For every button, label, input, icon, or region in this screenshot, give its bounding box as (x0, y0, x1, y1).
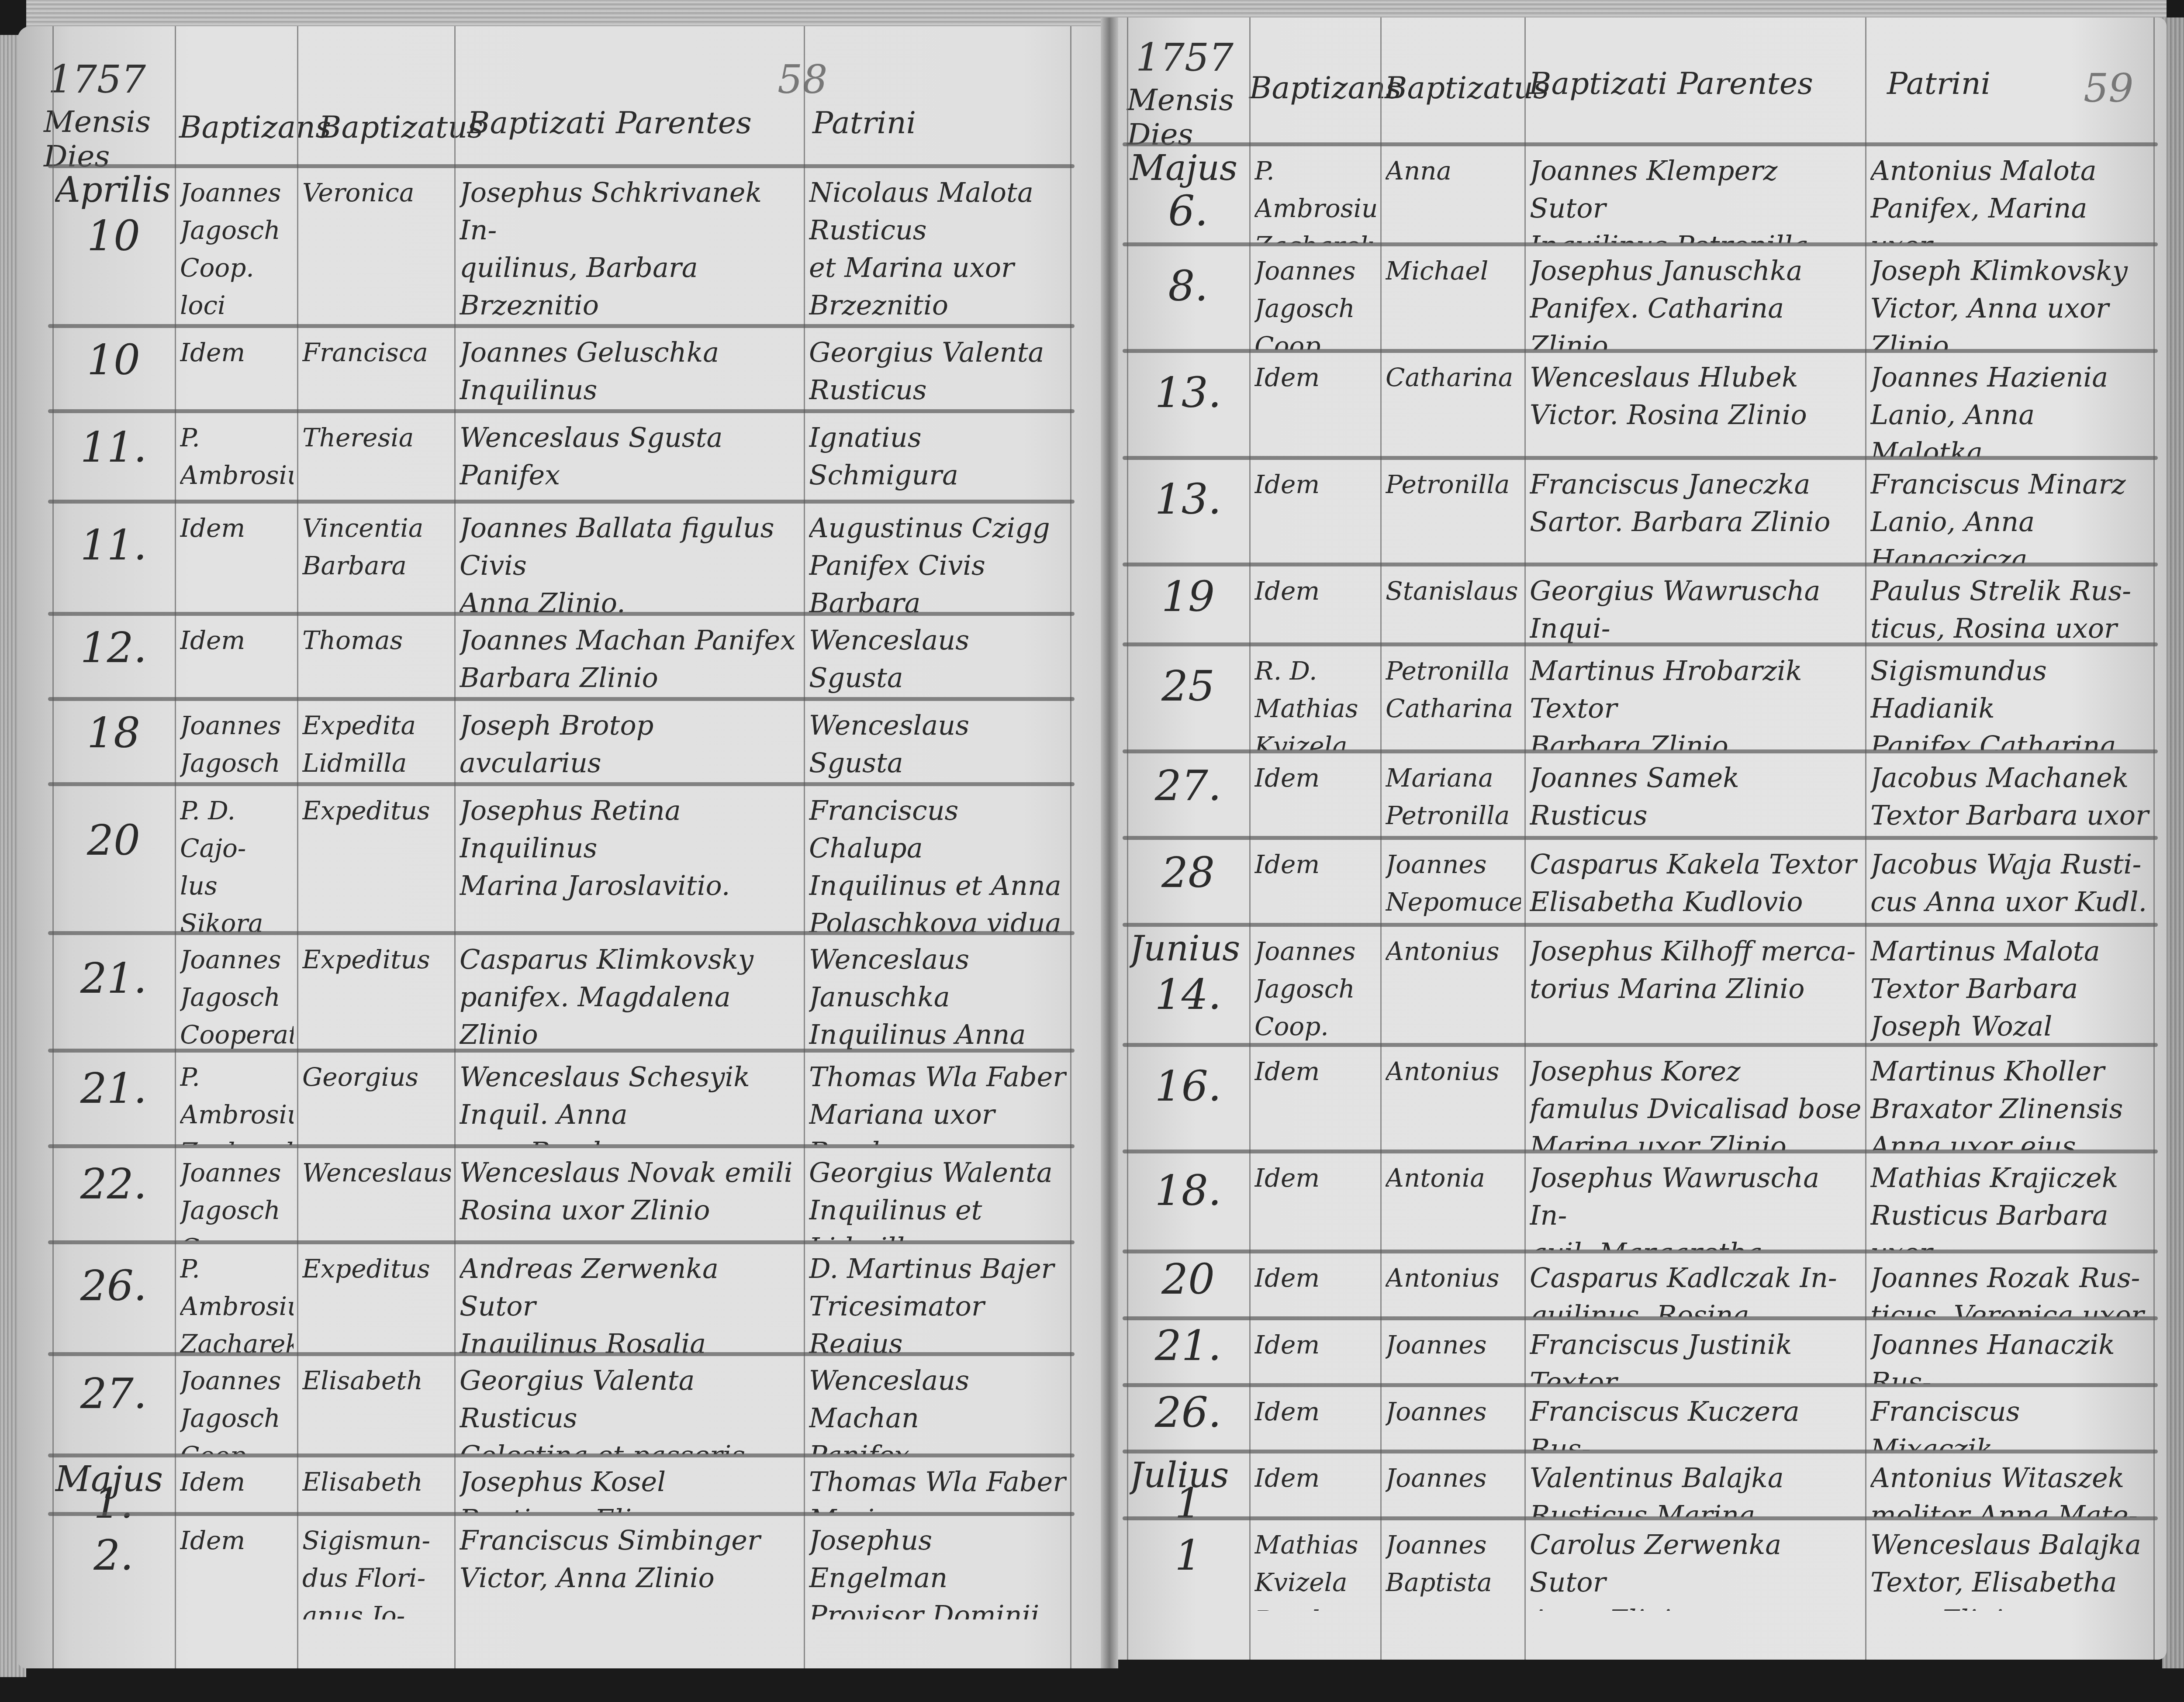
entry-baptizatus: Expeditus (302, 941, 451, 1049)
register-entry: 21.Joannes Jagosch CooperatorExpeditusCa… (17, 933, 1109, 1050)
entry-day: 1 (1130, 1533, 1247, 1577)
register-entry: 20P. D. Cajo- lus Sikora Curat. Zlin.Exp… (17, 784, 1109, 933)
entry-day: 13. (1130, 477, 1247, 521)
entry-parentes: Georgius Wawruscha Inqui- linus, Cathari… (1530, 572, 1862, 643)
register-entry: 21.P. Ambrosius Zacharek, Franciscanus.G… (17, 1050, 1109, 1146)
entry-baptizans: R. D. Mathias Kvizela Pres- byter Zliniu… (1254, 652, 1377, 750)
register-entry: 18Joannes Jagosch Coop. lociExpedita Lid… (17, 699, 1109, 784)
entry-day: 25 (1130, 664, 1247, 708)
row-divider (48, 782, 1075, 786)
row-divider (1123, 749, 2158, 753)
entry-baptizans: Idem (1254, 466, 1377, 563)
entry-baptizans: P. Ambrosius Zacharek Franciscanus (1254, 152, 1377, 243)
entry-baptizatus: Veronica (302, 174, 451, 325)
row-divider (48, 1512, 1075, 1516)
column-rule (52, 26, 54, 1668)
entry-baptizans: Idem (1254, 846, 1377, 924)
book-gutter (1101, 17, 1118, 1668)
column-rule (297, 26, 298, 1668)
entry-baptizatus: Antonius (1386, 932, 1521, 1044)
row-divider (48, 1240, 1075, 1244)
entry-patrini: Augustinus Czigg Panifex Civis Barbara u… (809, 509, 1067, 612)
entry-baptizans: Joannes Jagosch Coop. loci (180, 174, 294, 325)
entry-baptizatus: Joannes (1386, 1326, 1521, 1384)
header-baptizans: Baptizans (1249, 70, 1401, 106)
entry-baptizatus: Antonius (1386, 1259, 1521, 1317)
entry-day: 11. (55, 425, 172, 469)
entry-baptizans: Joannes Jagosch Coop. loci (180, 707, 294, 783)
entry-patrini: Martinus Malota Textor Barbara Joseph Wo… (1870, 932, 2150, 1044)
entry-patrini: Nicolaus Malota Rusticus et Marina uxor … (809, 174, 1067, 325)
entry-day: 10 (55, 214, 172, 258)
entry-parentes: Valentinus Balajka Rusticus Marina Mazow… (1530, 1459, 1862, 1517)
entry-baptizans: P. Ambrosius Zacharek, Franciscanus. (180, 1058, 294, 1146)
register-entry: Majus1.IdemElisabethJosephus Kosel Rusti… (17, 1455, 1109, 1514)
entry-baptizans: Mathias Kvizela Presbyter Zlinius (1254, 1526, 1377, 1611)
year-label: 1757 (48, 57, 146, 102)
entry-patrini: Wenceslaus Balajka Textor, Elisabetha ux… (1870, 1526, 2150, 1611)
entry-baptizatus: Antonius (1386, 1053, 1521, 1150)
entry-baptizatus: Vincentia Barbara (302, 509, 451, 612)
entry-day: 19 (1130, 575, 1247, 618)
entry-patrini: Thomas Wla Faber Mariana uxor Brschna (809, 1058, 1067, 1146)
entry-day: 26. (55, 1264, 172, 1308)
entry-parentes: Joannes Ballata figulus Civis Anna Zlini… (460, 509, 800, 612)
entry-month: Aprilis (55, 170, 173, 210)
entry-baptizatus: Expeditus (302, 1250, 451, 1353)
entry-patrini: Franciscus Minarz Lanio, Anna Hanaczicza… (1870, 466, 2150, 563)
entry-patrini: Wenceslaus Sgusta panifex. Barbara Fran-… (809, 707, 1067, 783)
column-rule (1070, 26, 1071, 1668)
entry-parentes: Carolus Zerwenka Sutor Anna Zlinio (1530, 1526, 1862, 1611)
row-divider (48, 409, 1075, 413)
entry-parentes: Franciscus Kuczera Rus- ticus, Elisabeth… (1530, 1393, 1862, 1451)
entry-baptizans: Joannes Jagosch Cooperator (180, 941, 294, 1049)
entry-parentes: Casparus Kakela Textor Elisabetha Kudlov… (1530, 846, 1862, 924)
header-parentes: Baptizati Parentes (1529, 66, 1813, 101)
entry-baptizans: Joannes Jagosch Coop. (1254, 252, 1377, 350)
row-divider (1123, 1516, 2158, 1520)
entry-day: 6. (1130, 189, 1247, 233)
entry-parentes: Wenceslaus Sgusta Panifex Elisabetha Zli… (460, 419, 800, 501)
entry-baptizans: Idem (1254, 1393, 1377, 1451)
entry-parentes: Joannes Geluschka Inquilinus Veronica Ja… (460, 334, 800, 410)
entry-parentes: Josephus Korez famulus Dvicalisad bose M… (1530, 1053, 1862, 1150)
entry-day: 18. (1130, 1169, 1247, 1212)
entry-patrini: Wenceslaus Sgusta panifex Dorothea uxor … (809, 621, 1067, 698)
entry-day: 26. (1130, 1391, 1247, 1434)
column-rule (804, 26, 805, 1668)
entry-baptizatus: Joannes Baptista (1386, 1526, 1521, 1611)
entry-parentes: Martinus Hrobarzik Textor Barbara Zlinio (1530, 652, 1862, 750)
entry-baptizans: Joannes Jagosch Coop. (180, 1154, 294, 1241)
entry-day: 27. (55, 1372, 172, 1415)
entry-parentes: Josephus Wawruscha In- quil. Margaretha … (1530, 1159, 1862, 1250)
entry-baptizatus: Wenceslaus (302, 1154, 451, 1241)
entry-parentes: Casparus Kadlczak In- quilinus, Rosina B… (1530, 1259, 1862, 1317)
header-patrini: Patrini (1887, 66, 1990, 101)
entry-day: 20 (55, 818, 172, 862)
entry-baptizans: Idem (180, 509, 294, 612)
entry-parentes: Franciscus Simbinger Victor, Anna Zlinio (460, 1522, 800, 1619)
entry-month: Majus (1130, 148, 1248, 188)
register-entry: 1Mathias Kvizela Presbyter ZliniusJoanne… (1109, 1518, 2167, 1612)
left-page: 1757 58 Mensis Dies Baptizans Baptizatus… (17, 26, 1109, 1668)
entry-parentes: Wenceslaus Hlubek Victor. Rosina Zlinio (1530, 359, 1862, 456)
entry-day: 16. (1130, 1064, 1247, 1108)
row-divider (48, 1453, 1075, 1457)
row-divider (1123, 242, 2158, 246)
entry-patrini: Joannes Rozak Rus- ticus, Veronica uxor … (1870, 1259, 2150, 1317)
entry-baptizans: Idem (1254, 1459, 1377, 1517)
entry-patrini: Paulus Strelik Rus- ticus, Rosina uxor K… (1870, 572, 2150, 643)
register-entry: 21.IdemJoannesFranciscus Justinik Textor… (1109, 1318, 2167, 1385)
entry-patrini: Wenceslaus Machan Panifex, Elisabetha ux… (809, 1362, 1067, 1454)
entry-patrini: Franciscus Mixaczik Lanio Barbara uxor Z… (1870, 1393, 2150, 1451)
entry-month: Junius (1130, 929, 1248, 968)
year-label: 1757 (1136, 35, 1234, 80)
entry-parentes: Josephus Retina Inquilinus Marina Jarosl… (460, 792, 800, 932)
entry-baptizatus: Anna (1386, 152, 1521, 243)
entry-patrini: Jacobus Waja Rusti- cus Anna uxor Kudl. (1870, 846, 2150, 924)
row-divider (1123, 563, 2158, 566)
entry-patrini: Joannes Hazienia Lanio, Anna Malotka Zli… (1870, 359, 2150, 456)
entry-patrini: Jacobus Machanek Textor Barbara uxor Zli… (1870, 759, 2150, 837)
entry-baptizans: Idem (1254, 1053, 1377, 1150)
register-entry: 13.IdemCatharinaWenceslaus Hlubek Victor… (1109, 351, 2167, 457)
entry-day: 20 (1130, 1257, 1247, 1301)
register-entry: 11.P. Ambrosius Zacharek Franciscanus Hr… (17, 411, 1109, 501)
row-divider (1123, 1316, 2158, 1320)
header-baptizatus: Baptizatus (319, 109, 483, 145)
entry-parentes: Joannes Samek Rusticus Marina Zlinio (1530, 759, 1862, 837)
entry-patrini: Mathias Krajiczek Rusticus Barbara uxor … (1870, 1159, 2150, 1250)
entry-baptizatus: Michael (1386, 252, 1521, 350)
entry-day: 2. (55, 1533, 172, 1577)
row-divider (48, 500, 1075, 504)
entry-patrini: Joseph Klimkovsky Victor, Anna uxor Zlin… (1870, 252, 2150, 350)
open-register-book: 1757 58 Mensis Dies Baptizans Baptizatus… (0, 0, 2184, 1702)
entry-day: 18 (55, 711, 172, 755)
entry-patrini: Sigismundus Hadianik Panifex Catharina u… (1870, 652, 2150, 750)
entry-parentes: Joseph Brotop avcularius Theresia Zlinio (460, 707, 800, 783)
register-entry: 19IdemStanislausGeorgius Wawruscha Inqui… (1109, 564, 2167, 644)
entry-baptizatus: Mariana Petronilla (1386, 759, 1521, 837)
entry-patrini: Ignatius Schmigura pellio, Barbara Ma- c… (809, 419, 1067, 501)
register-entry: 28IdemJoannes NepomucenusCasparus Kakela… (1109, 838, 2167, 925)
header-baptizans: Baptizans (179, 109, 331, 145)
entry-baptizatus: Joannes Nepomucenus (1386, 846, 1521, 924)
entry-parentes: Joannes Klemperz Sutor Inquilinus Petron… (1530, 152, 1862, 243)
register-entry: 2.IdemSigismun- dus Flori- anus Jo- seph… (17, 1514, 1109, 1620)
register-entry: 22.Joannes Jagosch Coop.WenceslausWences… (17, 1146, 1109, 1242)
entry-baptizatus: Georgius (302, 1058, 451, 1146)
entry-baptizatus: Antonia (1386, 1159, 1521, 1250)
register-entry: 10IdemFranciscaJoannes Geluschka Inquili… (17, 326, 1109, 411)
entry-day: 12. (55, 626, 172, 670)
row-divider (1123, 1450, 2158, 1453)
entry-day: 21. (55, 1067, 172, 1110)
entry-parentes: Josephus Kosel Rusticus, Eli- sabetha Br… (460, 1463, 800, 1513)
row-divider (48, 324, 1075, 328)
entry-baptizans: Idem (180, 621, 294, 698)
register-entry: Aprilis10Joannes Jagosch Coop. lociVeron… (17, 166, 1109, 326)
page-number: 58 (778, 57, 828, 103)
row-divider (48, 697, 1075, 701)
entry-baptizatus: Petronilla Catharina (1386, 652, 1521, 750)
entry-parentes: Wenceslaus Schesyik Inquil. Anna uxor Br… (460, 1058, 800, 1146)
register-entry: 16.IdemAntoniusJosephus Korez famulus Dv… (1109, 1045, 2167, 1151)
entry-day: 28 (1130, 851, 1247, 894)
row-divider (1123, 836, 2158, 840)
entry-baptizans: Idem (180, 1522, 294, 1619)
row-divider (48, 612, 1075, 616)
entry-patrini: Antonius Witaszek molitor Anna Mate- Brs… (1870, 1459, 2150, 1517)
register-entry: Junius14.Joannes Jagosch Coop.AntoniusJo… (1109, 925, 2167, 1045)
entry-day: 21. (55, 956, 172, 1000)
entry-baptizans: Idem (1254, 359, 1377, 456)
entry-day: 13. (1130, 371, 1247, 414)
entry-patrini: Antonius Malota Panifex, Marina uxor Zli… (1870, 152, 2150, 243)
entry-patrini: Wenceslaus Januschka Inquilinus Anna uxo… (809, 941, 1067, 1049)
entry-day: 21. (1130, 1324, 1247, 1367)
entry-day: 22. (55, 1162, 172, 1206)
entry-baptizans: Idem (180, 1463, 294, 1513)
header-date: Mensis Dies (1127, 83, 1223, 152)
entry-baptizans: Joannes Jagosch Coop. (180, 1362, 294, 1454)
row-divider (1123, 456, 2158, 460)
row-divider (48, 1352, 1075, 1356)
entry-parentes: Franciscus Janeczka Sartor. Barbara Zlin… (1530, 466, 1862, 563)
entry-baptizans: Idem (1254, 572, 1377, 643)
entry-parentes: Georgius Valenta Rusticus Colestina et p… (460, 1362, 800, 1454)
row-divider (48, 931, 1075, 935)
register-entry: 8.Joannes Jagosch Coop.MichaelJosephus J… (1109, 244, 2167, 351)
entry-baptizans: P. Ambrosius Zacharek Fran- ciscanus Hra… (180, 1250, 294, 1353)
column-rule (454, 26, 456, 1668)
header-patrini: Patrini (812, 105, 916, 141)
entry-baptizatus: Expeditus (302, 792, 451, 932)
entry-baptizatus: Thomas (302, 621, 451, 698)
entry-baptizans: P. Ambrosius Zacharek Franciscanus Hradi… (180, 419, 294, 501)
entry-baptizatus: Expedita Lidmilla (302, 707, 451, 783)
row-divider (1123, 349, 2158, 353)
entry-baptizatus: Joannes (1386, 1393, 1521, 1451)
register-entry: 18.IdemAntoniaJosephus Wawruscha In- qui… (1109, 1151, 2167, 1251)
entry-day: 11. (55, 523, 172, 567)
entry-parentes: Andreas Zerwenka Sutor Inquilinus Rosali… (460, 1250, 800, 1353)
entry-patrini: Georgius Walenta Inquilinus et Lidmilla … (809, 1154, 1067, 1241)
page-number: 59 (2084, 66, 2134, 111)
row-divider (48, 1144, 1075, 1148)
row-divider (1123, 1383, 2158, 1387)
register-entry: 11.IdemVincentia BarbaraJoannes Ballata … (17, 501, 1109, 613)
entry-baptizatus: Elisabeth (302, 1362, 451, 1454)
register-entry: 27.IdemMariana PetronillaJoannes Samek R… (1109, 751, 2167, 838)
entry-baptizatus: Petronilla (1386, 466, 1521, 563)
entry-baptizans: Idem (1254, 759, 1377, 837)
register-entry: 26.IdemJoannesFranciscus Kuczera Rus- ti… (1109, 1385, 2167, 1452)
entry-baptizatus: Stanislaus (1386, 572, 1521, 643)
entry-baptizans: Idem (1254, 1159, 1377, 1250)
register-entry: 27.Joannes Jagosch Coop.ElisabethGeorgiu… (17, 1354, 1109, 1455)
entry-patrini: Franciscus Chalupa Inquilinus et Anna Po… (809, 792, 1067, 932)
register-entry: 20IdemAntoniusCasparus Kadlczak In- quil… (1109, 1251, 2167, 1318)
entry-parentes: Josephus Kilhoff merca- torius Marina Zl… (1530, 932, 1862, 1044)
entry-baptizatus: Catharina (1386, 359, 1521, 456)
entry-baptizans: Idem (1254, 1259, 1377, 1317)
entry-parentes: Franciscus Justinik Textor Rusticus Mari… (1530, 1326, 1862, 1384)
row-divider (48, 164, 1075, 168)
entry-day: 27. (1130, 764, 1247, 808)
entry-baptizatus: Joannes (1386, 1459, 1521, 1517)
register-entry: 12.IdemThomasJoannes Machan Panifex Barb… (17, 614, 1109, 699)
entry-parentes: Josephus Januschka Panifex. Catharina Zl… (1530, 252, 1862, 350)
entry-baptizatus: Elisabeth (302, 1463, 451, 1513)
entry-patrini: Georgius Valenta Rusticus Colestina uxor… (809, 334, 1067, 410)
row-divider (1123, 1043, 2158, 1047)
row-divider (1123, 142, 2158, 146)
entry-parentes: Josephus Schkrivanek In- quilinus, Barba… (460, 174, 800, 325)
row-divider (1123, 923, 2158, 927)
entry-baptizans: P. D. Cajo- lus Sikora Curat. Zlin. (180, 792, 294, 932)
header-parentes: Baptizati Parentes (467, 105, 752, 141)
register-entry: 26.P. Ambrosius Zacharek Fran- ciscanus … (17, 1242, 1109, 1354)
row-divider (1123, 642, 2158, 646)
entry-day: 14. (1130, 973, 1247, 1016)
entry-baptizatus: Sigismun- dus Flori- anus Jo- sephus (302, 1522, 451, 1619)
entry-baptizans: Idem (180, 334, 294, 410)
entry-parentes: Wenceslaus Novak emili Rosina uxor Zlini… (460, 1154, 800, 1241)
entry-parentes: Casparus Klimkovsky panifex. Magdalena Z… (460, 941, 800, 1049)
entry-baptizatus: Theresia (302, 419, 451, 501)
entry-patrini: Thomas Wla Faber Marina uxor Zlinio. (809, 1463, 1067, 1513)
right-page: 1757 59 Mensis Dies Baptizans Baptizatus… (1109, 17, 2167, 1660)
row-divider (1123, 1250, 2158, 1253)
entry-baptizatus: Francisca (302, 334, 451, 410)
entry-day: 8. (1130, 264, 1247, 308)
header-date: Mensis Dies (44, 105, 140, 174)
entry-baptizans: Joannes Jagosch Coop. (1254, 932, 1377, 1044)
register-entry: 25R. D. Mathias Kvizela Pres- byter Zlin… (1109, 644, 2167, 751)
register-entry: Julius1IdemJoannesValentinus Balajka Rus… (1109, 1451, 2167, 1518)
entry-patrini: Martinus Kholler Braxator Zlinensis Anna… (1870, 1053, 2150, 1150)
entry-patrini: Joannes Hanaczik Rus- ticus, Rosina uxor… (1870, 1326, 2150, 1384)
register-entry: Majus6.P. Ambrosius Zacharek Franciscanu… (1109, 144, 2167, 244)
entry-baptizans: Idem (1254, 1326, 1377, 1384)
entry-parentes: Joannes Machan Panifex Barbara Zlinio (460, 621, 800, 698)
entry-patrini: D. Martinus Bajer Tricesimator Regius An… (809, 1250, 1067, 1353)
entry-patrini: Josephus Engelman Provisor Dominii There… (809, 1522, 1067, 1619)
register-entry: 13.IdemPetronillaFranciscus Janeczka Sar… (1109, 458, 2167, 564)
entry-day: 10 (55, 338, 172, 382)
row-divider (48, 1049, 1075, 1053)
row-divider (1123, 1150, 2158, 1153)
column-rule (175, 26, 176, 1668)
